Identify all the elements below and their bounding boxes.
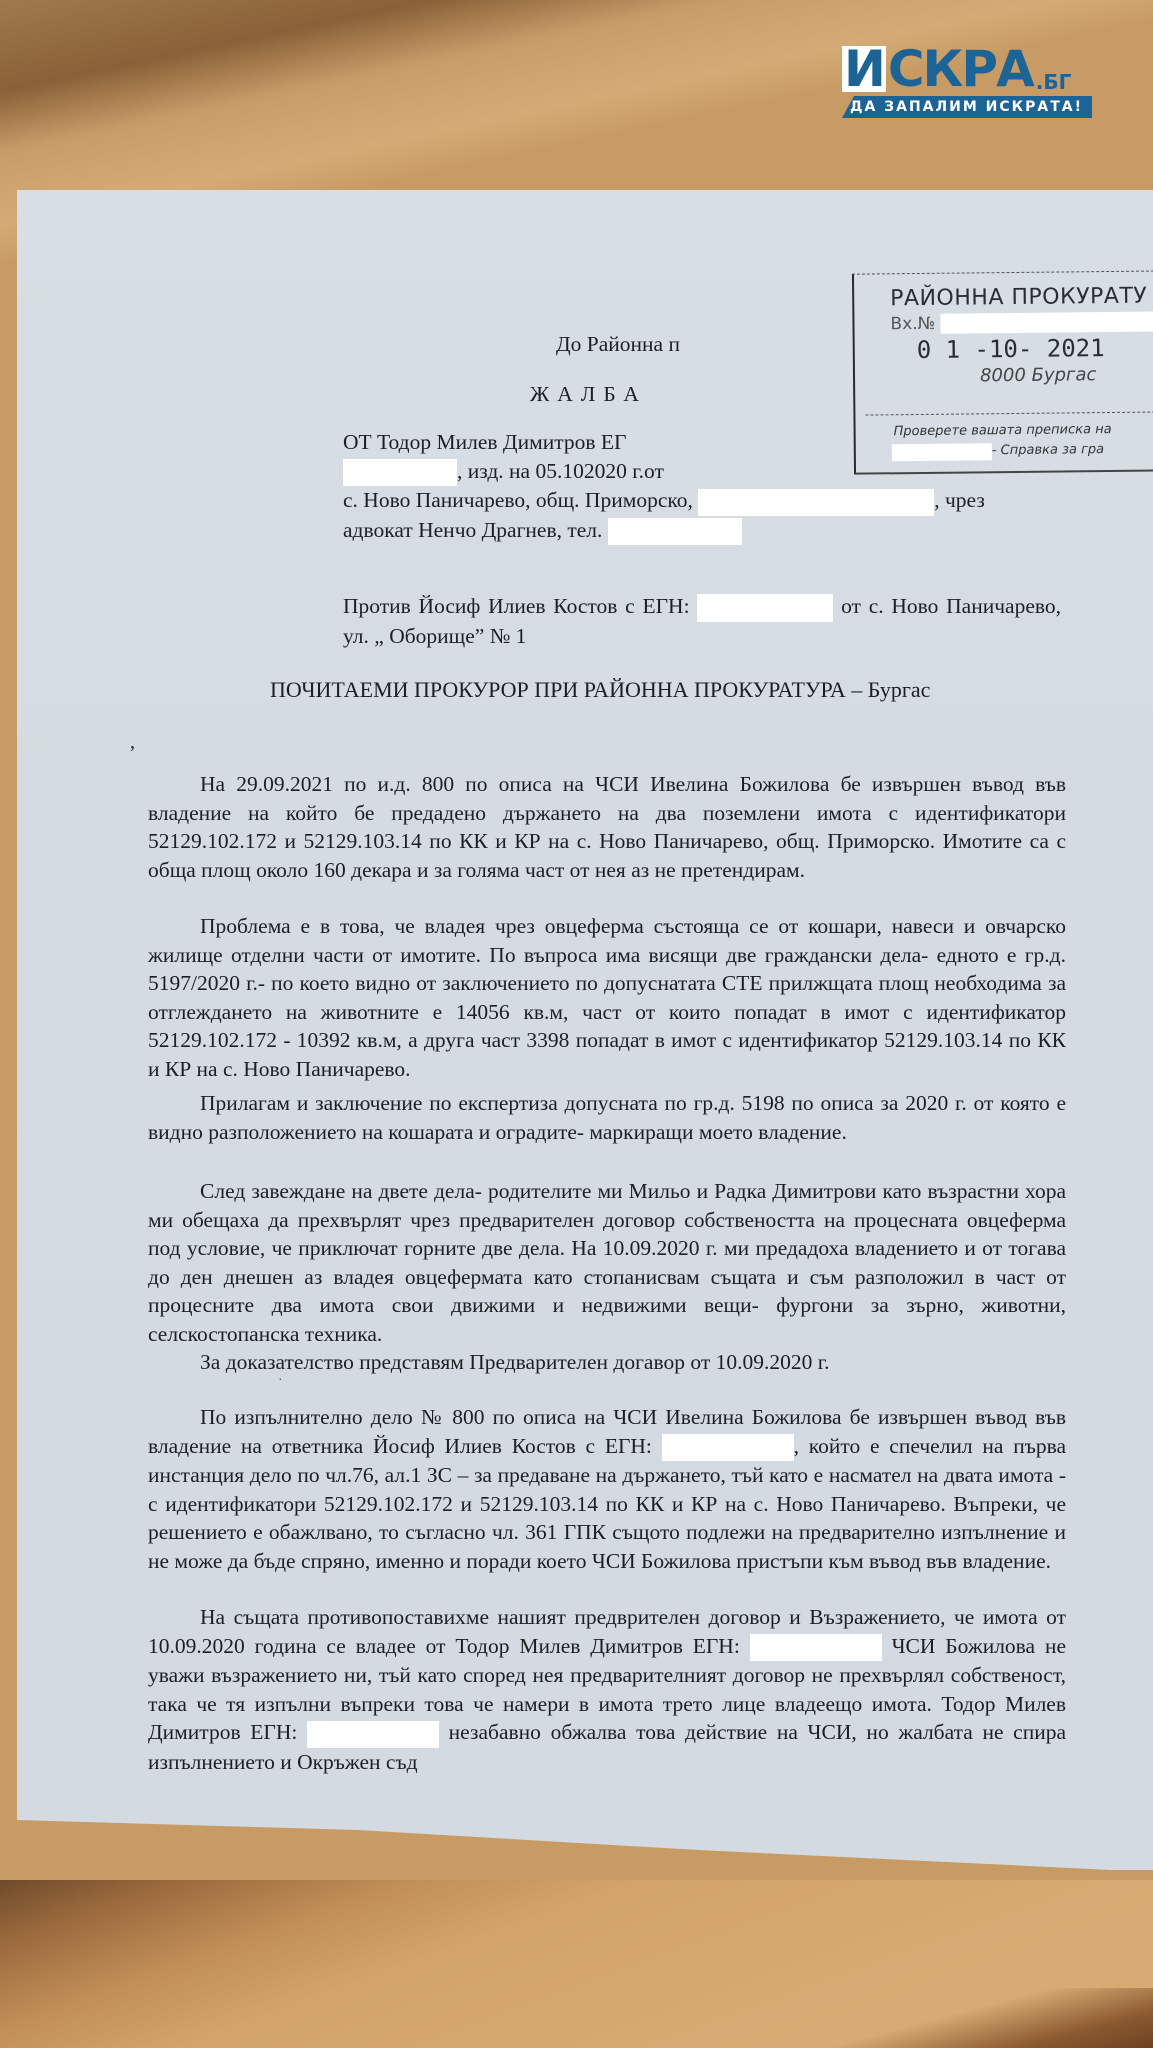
- logo-suffix: .БГ: [1036, 72, 1072, 92]
- complainant-line-1: ОТ Тодор Милев Димитров ЕГ: [343, 428, 985, 457]
- stamp-divider: [865, 411, 1153, 415]
- stamp-date: 0 1 -10- 2021: [917, 334, 1105, 364]
- redaction-box: [307, 1721, 439, 1748]
- logo-name: СКРА: [888, 46, 1033, 92]
- redaction-box: [698, 489, 934, 516]
- wooden-table-background: [0, 1880, 1153, 2048]
- paragraph-1: На 29.09.2021 по и.д. 800 по описа на ЧС…: [148, 770, 1066, 884]
- redaction-box: [662, 1434, 794, 1461]
- redaction-box: [697, 594, 833, 622]
- salutation: ПОЧИТАЕМИ ПРОКУРОР ПРИ РАЙОННА ПРОКУРАТУ…: [270, 676, 930, 705]
- respondent-block: Против Йосиф Илиев Костов с ЕГН: от с. Н…: [343, 592, 1061, 651]
- complainant-line-4: адвокат Ненчо Драгнев, тел.: [343, 516, 985, 546]
- logo-tagline: ДА ЗАПАЛИМ ИСКРАТА!: [842, 96, 1092, 118]
- paragraph-7: На същата противопоставихме нашият предв…: [148, 1603, 1066, 1777]
- stamp-city: 8000 Бургас: [980, 364, 1097, 386]
- redaction-box: [343, 459, 457, 486]
- complainant-line-3: с. Ново Паничарево, общ. Приморско, , чр…: [343, 486, 985, 516]
- paragraph-3: Прилагам и заключение по експертиза допу…: [148, 1089, 1066, 1146]
- paragraph-5: За доказателство представям Предварителе…: [148, 1348, 1066, 1377]
- redaction-box: [940, 311, 1153, 333]
- complainant-line-2: , изд. на 05.102020 г.от: [343, 457, 985, 487]
- logo-first-letter: И: [842, 46, 886, 92]
- redaction-box: [608, 518, 742, 545]
- stamp-registration-label: Вх.№: [890, 314, 935, 334]
- paragraph-4: След завеждане на двете дела- родителите…: [148, 1177, 1066, 1349]
- stray-mark: ,: [130, 728, 135, 757]
- document-title: ЖАЛБА: [530, 380, 647, 409]
- stamp-title: РАЙОННА ПРОКУРАТУ: [890, 284, 1147, 312]
- stray-mark: ·: [278, 1373, 283, 1389]
- stamp-note-line-2: - Справка за гра: [992, 442, 1104, 458]
- redaction-box: [750, 1634, 882, 1661]
- complainant-block: ОТ Тодор Милев Димитров ЕГ , изд. на 05.…: [343, 428, 985, 545]
- iskra-logo: И СКРА .БГ ДА ЗАПАЛИМ ИСКРАТА!: [842, 46, 1102, 122]
- addressee: До Районна п: [556, 330, 680, 359]
- paragraph-6: По изпълнително дело № 800 по описа на Ч…: [148, 1403, 1066, 1576]
- paragraph-2: Проблема е в това, че владея чрез овцефе…: [148, 912, 1066, 1084]
- logo-wordmark: И СКРА .БГ: [842, 46, 1071, 92]
